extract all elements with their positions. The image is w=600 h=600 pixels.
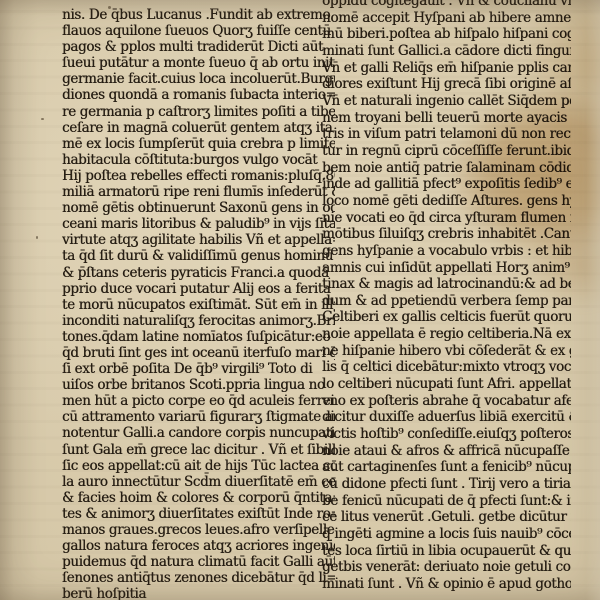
text-line: ſunt Gala em̄ grece lac dicitur . Vñ et … (62, 442, 335, 458)
text-line: vno ex poſteris abrahe q̄ vocabatur afer… (322, 393, 571, 410)
text-line: men hūt a picto corpe eo q̄d aculeis fer… (62, 393, 335, 409)
text-line: minati ſunt Gallici.a cādore dicti fingu… (322, 43, 571, 60)
text-line: ſueui putātur a monte ſueuo q̄ ab ortu i… (62, 55, 335, 71)
text-line: pprio duce vocari putatur Alij eos a fer… (62, 281, 335, 297)
text-line: loco nomē gēti dediſſe Aſtures. gens hyſ… (322, 193, 571, 210)
text-line: germanie facit.cuius loca incoluerūt.Bur… (62, 71, 335, 87)
text-line: dum & ad ppetiendū verbera ſemp parati. (322, 293, 571, 310)
text-line: cū attramento variarū figurarʒ ſtigmate … (62, 409, 335, 425)
text-line: ceſare in magnā coluerūt gentem atqʒ ita… (62, 120, 335, 136)
text-line: pagos & pplos multi tradiderūt Dicti aūt (62, 39, 335, 55)
text-line: aūt cartaginenſes ſunt a fenicib⁹ nūcupa… (322, 459, 571, 476)
text-line: tones.q̄dam latine nomīatos ſuſpicātur:e… (62, 329, 335, 345)
text-line: nomē accepit Hyſpani ab hibere amne pri (322, 10, 571, 27)
text-line: notentur Galli.a candore corpis nuncupat… (62, 425, 335, 441)
text-line: tinax & magis ad latrocinandū:& ad bella… (322, 276, 571, 293)
text-line: Hij poſtea rebelles effecti romanis:pluſ… (62, 168, 335, 184)
book-page-scan: nis. De q̄bus Lucanus .Fundit ab extremo… (0, 0, 600, 600)
text-line: mē ex locis ſumpſerūt quia crebra p limi… (62, 136, 335, 152)
text-line: ta q̄d ſit durū & validiſſimū genus homi… (62, 248, 335, 264)
text-line: uiſos orbe britanos Scoti.ppria lingua n… (62, 377, 335, 393)
text-line: re germania p caſtrorʒ limites poſiti a … (62, 104, 335, 120)
text-line: diores exiſtunt Hij grecā ſibi originē a… (322, 76, 571, 93)
text-line: tur in regnū ciprū cōceſſiſſe ferunt.ibi… (322, 143, 571, 160)
text-line: inde ad gallitiā pfect⁹ expoſitis ſedib⁹… (322, 176, 571, 193)
text-line: cū didone pfecti ſunt . Tirij vero a tir… (322, 476, 571, 493)
text-line: minati ſunt . Vñ & opinio ē apud gothos (322, 576, 571, 593)
text-line: tes & animorʒ diuerſitates exiſtūt Inde … (62, 506, 335, 522)
text-line: ne hiſpanie hibero vbi cōſederāt & ex ga… (322, 343, 571, 360)
text-line: & facies hoim & colores & corporū q̄ntit… (62, 490, 335, 506)
text-line: ceani maris litoribus & paludib⁹ in vijs… (62, 216, 335, 232)
text-line: ſenones antiq̄tus zenones dicebātur q̄d … (62, 570, 335, 586)
text-line: Celtiberi ex gallis celticis fuerūt quor… (322, 309, 571, 326)
text-line: manos graues.grecos leues.afro verſipell… (62, 522, 335, 538)
text-line: nis. De q̄bus Lucanus .Fundit ab extremo (62, 7, 335, 23)
text-line: diones quondā a romanis ſubacta interio= (62, 87, 335, 103)
text-line: lo celtiberi nūcupati ſunt Afri. appella… (322, 376, 571, 393)
text-line: ſi ext orbē poſita De q̄b⁹ virgili⁹ Toto… (62, 361, 335, 377)
text-line: te morū nūcupatos exiſtimāt. Sūt em̄ in … (62, 297, 335, 313)
text-line: oppidū cogitegauit . Vn̄ & couclianū vrb… (322, 0, 571, 10)
text-column-right: oppidū cogitegauit . Vn̄ & couclianū vrb… (322, 0, 571, 600)
text-line: tes loca ſirtiū in libia ocupauerūt & qu… (322, 543, 571, 560)
text-line: dicitur duxiſſe aduerſus libiā exercitū … (322, 409, 571, 426)
text-line: flauos aquilone ſueuos Quorʒ fuiſſe cent… (62, 23, 335, 39)
text-column-left: nis. De q̄bus Lucanus .Fundit ab extremo… (62, 7, 335, 600)
text-line: virtute atqʒ agilitate habilis Vñ et app… (62, 232, 335, 248)
text-line: noie ataui & afros & affricā nūcupaſſe .… (322, 443, 571, 460)
text-line: victis hoſtib⁹ conſediſſe.eiuſqʒ poſtero… (322, 426, 571, 443)
text-line: habitacula cōſtituta:burgos vulgo vocāt (62, 152, 335, 168)
text-line: nomē gētis obtinuerunt Saxonū gens in oc (62, 200, 335, 216)
text-line: q̄ ingēti agmine a locis ſuis nauib⁹ cōc… (322, 526, 571, 543)
text-line: mōtibus ſiluiſqʒ crebris inhabitēt .Cant… (322, 226, 571, 243)
ink-speck (108, 6, 111, 9)
text-line: gens hyſpanie a vocabulo vrbis : et hibe… (322, 243, 571, 260)
text-line: getbis venerāt: deriuato noie getuli cog… (322, 559, 571, 576)
text-line: berū hoſpitia (62, 586, 335, 600)
text-line: ſic eos appellat:cū ait de hijs Tūc lact… (62, 458, 335, 474)
text-line: nie vocati eo q̄d circa yſturam flumen ſ… (322, 210, 571, 227)
text-line: Vn̄ et naturali ingenio callēt Siq̄dem p… (322, 93, 571, 110)
text-line: la auro innectūtur Scd̄m diuerſitatē em̄… (62, 474, 335, 490)
text-line: q̄d bruti ſint ges int oceanū iterfuſo m… (62, 345, 335, 361)
text-line: gallos natura feroces atqʒ acriores inge… (62, 538, 335, 554)
text-line: bem noie antiq̄ patrie ſalaminam cōdidiſ… (322, 160, 571, 177)
text-line: ce litus venerūt .Getuli. getbe dicūtur … (322, 509, 571, 526)
text-line: inconditi naturaliſqʒ ferocitas animorʒ.… (62, 313, 335, 329)
ink-speck (36, 236, 38, 239)
text-line: nem troyani belli teuerū morte ayacis fr… (322, 110, 571, 127)
ink-speck (41, 118, 44, 120)
text-line: & p̄ſtans ceteris pyraticis Franci.a quo… (62, 265, 335, 281)
text-line: miliā armatorū ripe reni flumīs inſederū… (62, 184, 335, 200)
text-line: lis q̄ celtici dicebātur:mixto vtroqʒ vo… (322, 359, 571, 376)
text-line: amnis cui inſidūt appellati Horʒ anim⁹ p… (322, 260, 571, 277)
text-line: noie appellata ē regio celtiberia.Nā ex … (322, 326, 571, 343)
text-line: tris in viſum patri telamoni dū non reci… (322, 126, 571, 143)
text-line: puidemus q̄d natura climatū facit Galli … (62, 554, 335, 570)
text-line: be fenicū nūcupati de q̄ pfecti ſunt:& i… (322, 493, 571, 510)
text-line: Vn̄ et galli Reliq̄s em̄ hiſpanie pplis … (322, 60, 571, 77)
text-line: mū biberi.poſtea ab hiſpalo hiſpani cogn… (322, 26, 571, 43)
